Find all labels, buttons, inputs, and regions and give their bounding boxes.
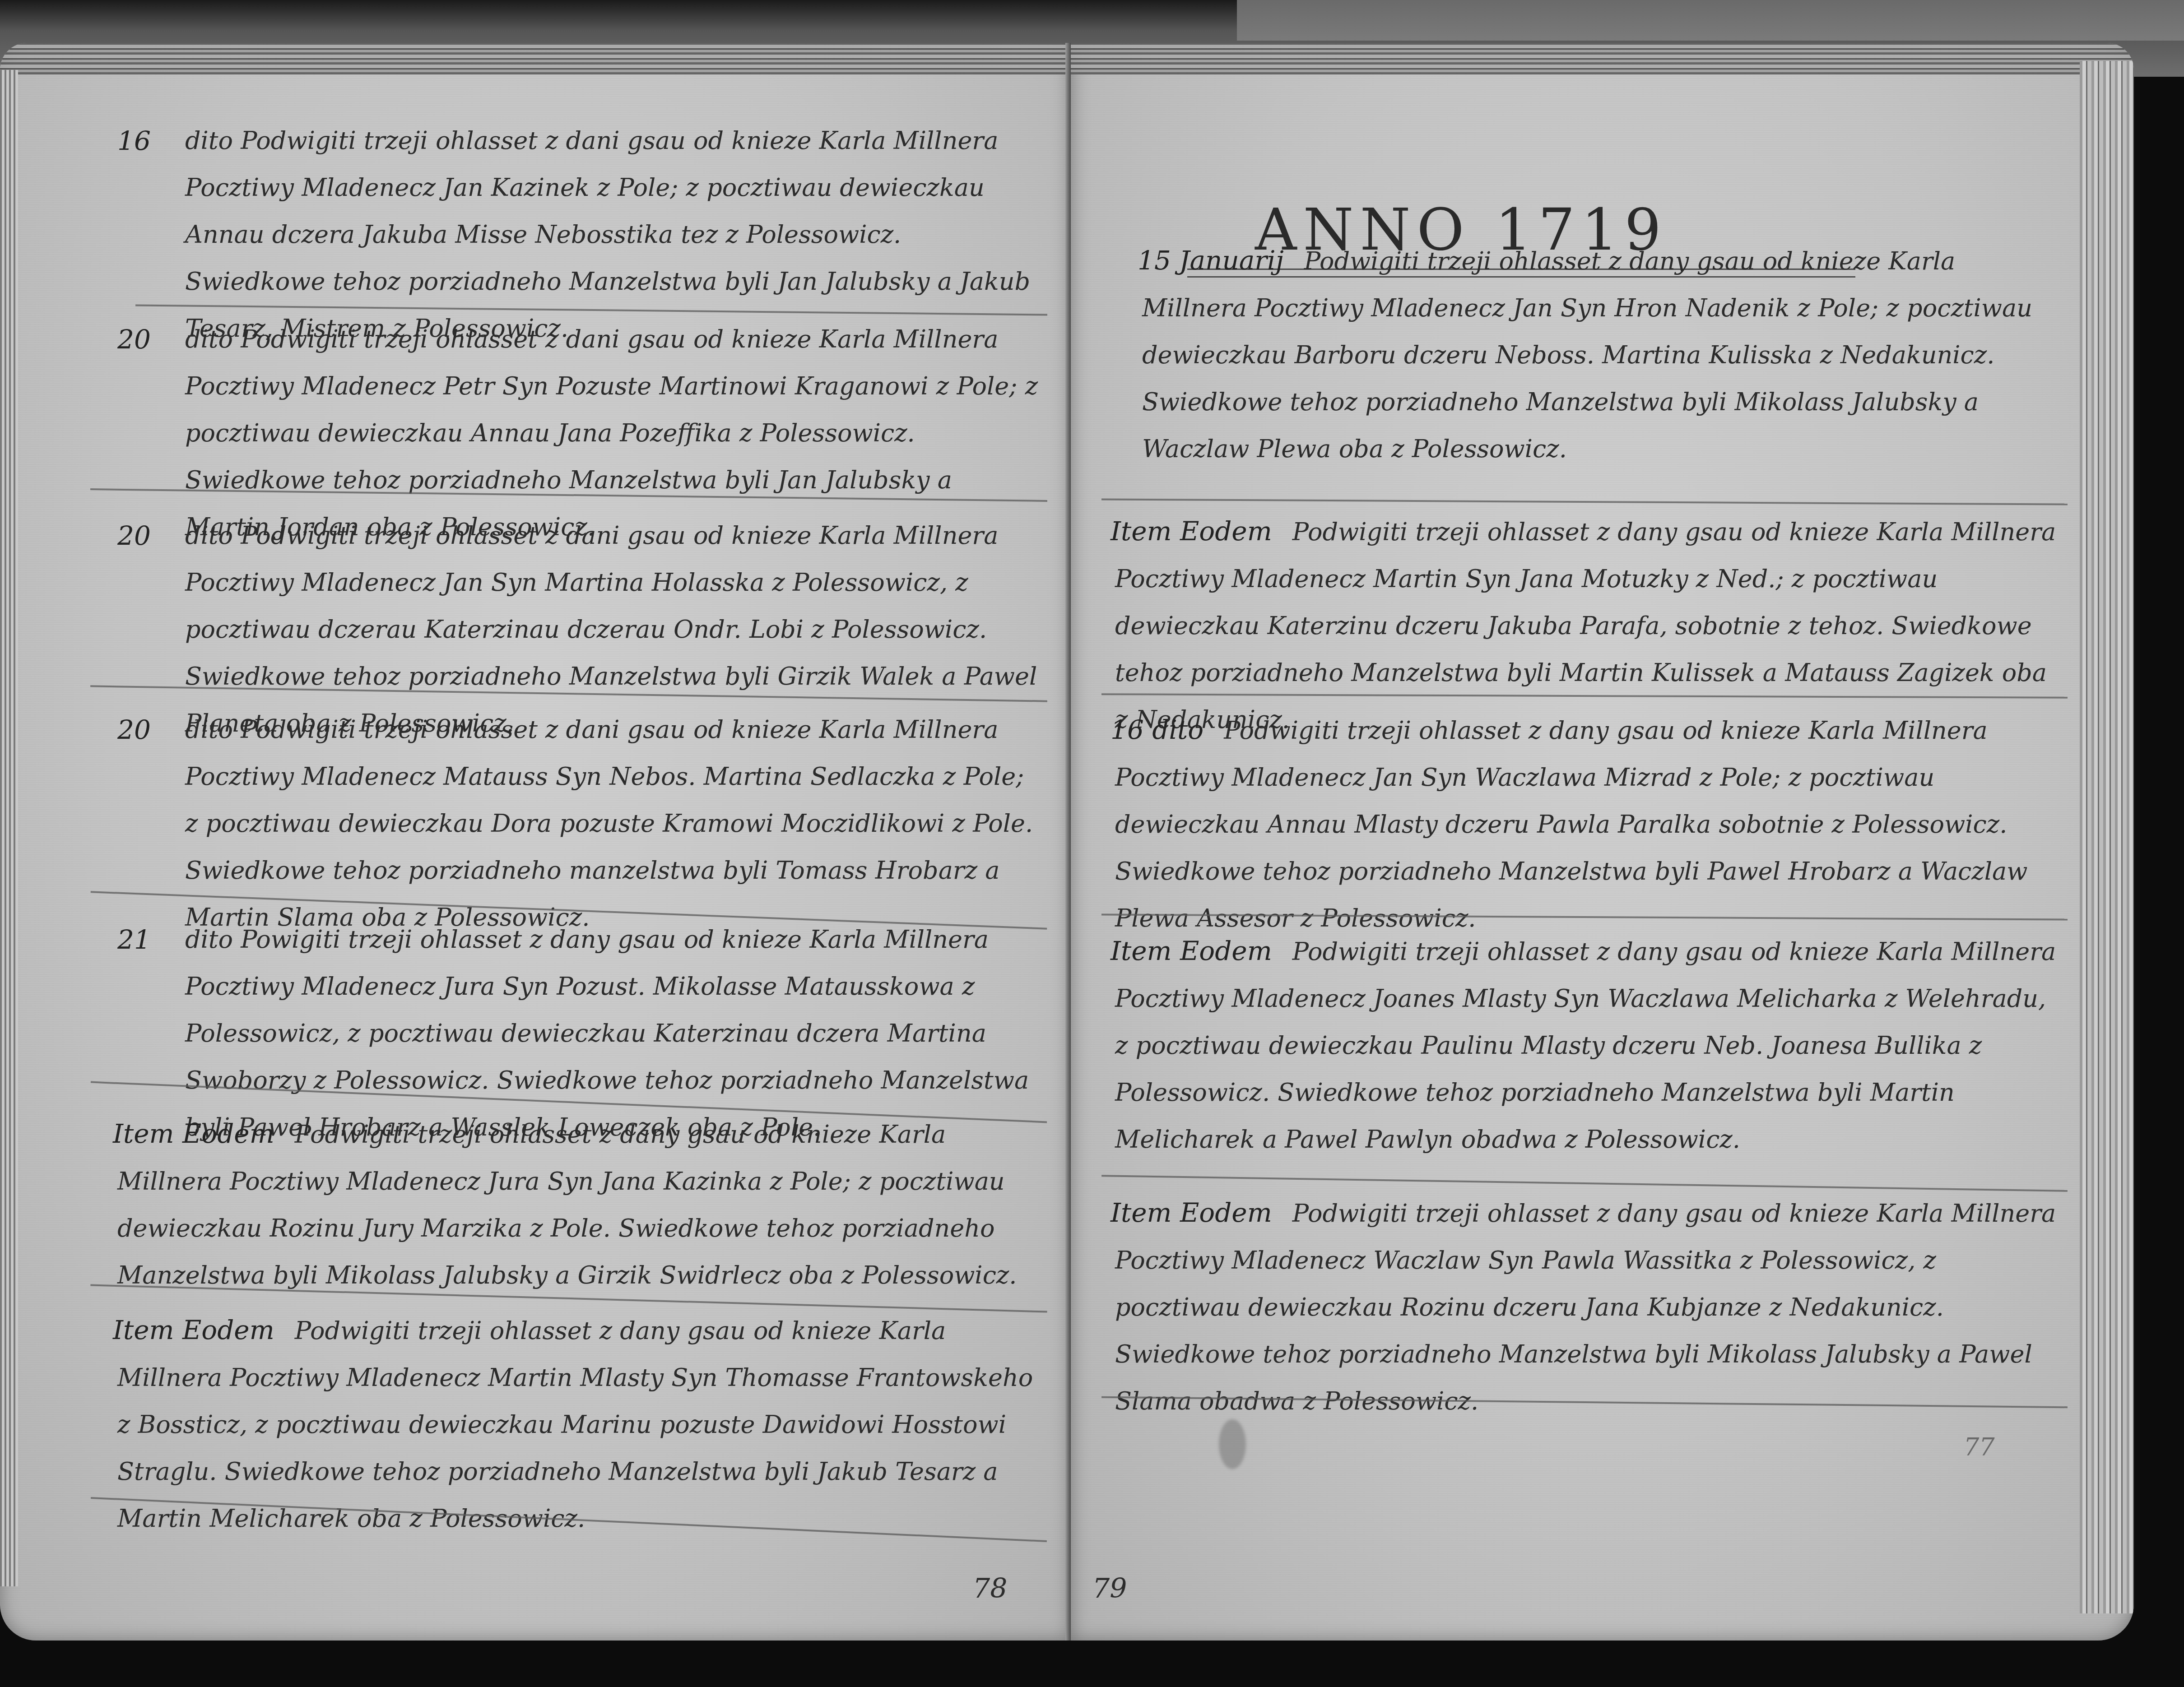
right-page-edge-stack: [2080, 61, 2134, 1613]
folio-number-right: 79: [1092, 1573, 1127, 1604]
faint-page-number: 77: [1964, 1433, 1995, 1461]
entry-date: Item Eodem: [1111, 936, 1272, 966]
register-entry: Item Eodem Podwigiti trzeji ohlasset z d…: [1115, 1189, 2063, 1425]
left-page-top-edge: [0, 43, 1071, 74]
entry-date: 20: [117, 316, 181, 363]
entry-text: dito Powigiti trzeji ohlasset z dany gsa…: [185, 925, 1036, 1141]
entry-date: 21: [117, 916, 181, 963]
ink-stain: [1219, 1419, 1246, 1469]
entry-text: Podwigiti trzeji ohlasset z dany gsau od…: [1115, 937, 2063, 1154]
left-page: 16 dito Podwigiti trzeji ohlasset z dani…: [0, 43, 1071, 1641]
register-entry: Item Eodem Podwigiti trzeji ohlasset z d…: [1115, 927, 2063, 1163]
folio-number-left: 78: [973, 1573, 1007, 1604]
entry-date: 15 Januarij: [1138, 245, 1284, 276]
entry-date: Item Eodem: [1111, 516, 1272, 547]
entry-text: dito Podwigiti trzeji ohlasset z dani gs…: [185, 521, 1045, 737]
register-entry: Item Eodem Podwigiti trzeji ohlasset z d…: [117, 1110, 1043, 1299]
entry-text: Podwigiti trzeji ohlasset z dany gsau od…: [1115, 1199, 2063, 1415]
entry-date: 16: [117, 117, 181, 164]
register-entry: 20 dito Podwigiti trzeji ohlasset z dani…: [185, 706, 1043, 941]
register-entry: 15 Januarij Podwigiti trzeji ohlasset z …: [1142, 237, 2068, 473]
entry-date: Item Eodem: [113, 1118, 274, 1149]
entry-text: dito Podwigiti trzeji ohlasset z dani gs…: [185, 325, 1046, 541]
entry-date: Item Eodem: [113, 1315, 274, 1345]
register-entry: Item Eodem Podwigiti trzeji ohlasset z d…: [117, 1307, 1043, 1542]
entry-text: Podwigiti trzeji ohlasset z dany gsau od…: [1115, 716, 2035, 932]
register-entry: 16 dito Podwigiti trzeji ohlasset z dany…: [1115, 706, 2063, 942]
entry-date: 20: [117, 512, 181, 559]
entry-text: dito Podwigiti trzeji ohlasset z dani gs…: [185, 715, 1041, 932]
entry-text: Podwigiti trzeji ohlasset z dany gsau od…: [1142, 247, 2040, 463]
entry-text: Podwigiti trzeji ohlasset z dany gsau od…: [117, 1316, 1041, 1533]
left-page-edge-stack: [0, 70, 18, 1586]
scan-background-top-right: [1237, 0, 2184, 41]
entry-date: Item Eodem: [1111, 1197, 1272, 1228]
entry-date: 20: [117, 706, 181, 753]
entry-text: Podwigiti trzeji ohlasset z dany gsau od…: [1115, 518, 2063, 734]
open-register-book: 16 dito Podwigiti trzeji ohlasset z dani…: [0, 43, 2184, 1641]
right-page-top-edge: [1071, 43, 2134, 74]
entry-date: 16 dito: [1111, 714, 1204, 745]
